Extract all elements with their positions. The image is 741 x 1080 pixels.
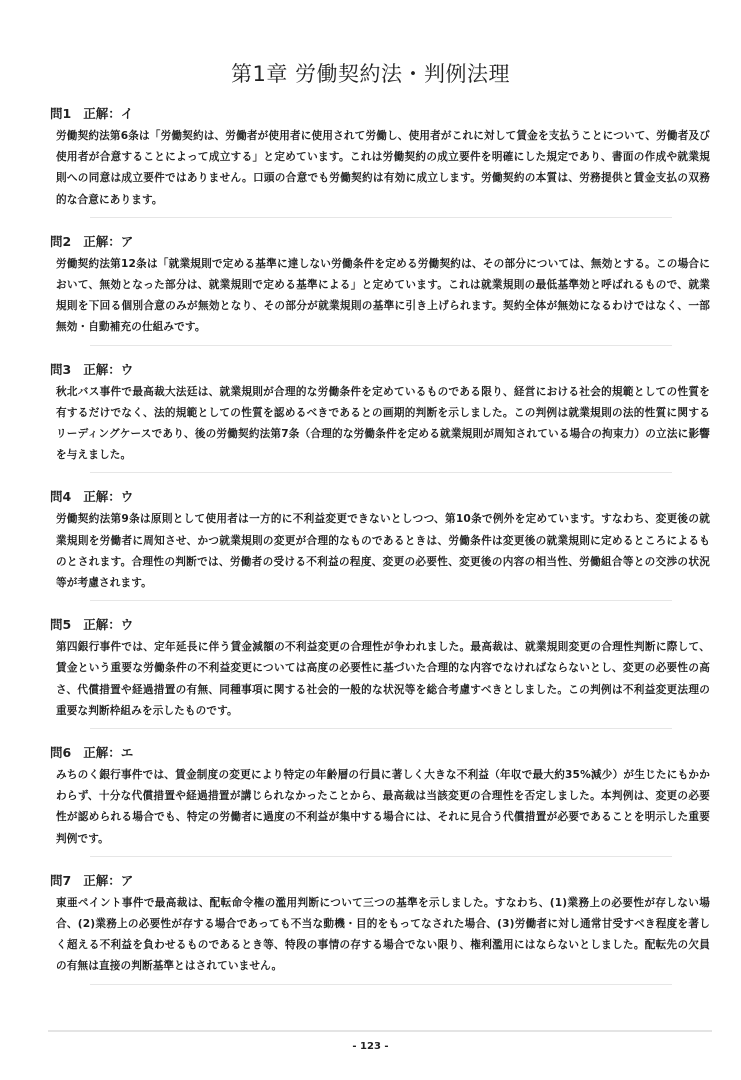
question-number: 問3 bbox=[50, 360, 71, 380]
answer-item-4: 問4正解：ウ 労働契約法第9条は原則として使用者は一方的に不利益変更できないとし… bbox=[50, 487, 710, 601]
answer-heading: 問5正解：ウ bbox=[50, 615, 710, 635]
section-divider bbox=[90, 728, 672, 729]
answer-heading: 問1正解：イ bbox=[50, 104, 710, 124]
answer-list: 問1正解：イ 労働契約法第6条は「労働契約は、労働者が使用者に使用されて労働し、… bbox=[50, 104, 710, 985]
answer-item-1: 問1正解：イ 労働契約法第6条は「労働契約は、労働者が使用者に使用されて労働し、… bbox=[50, 104, 710, 218]
answer-heading: 問6正解：エ bbox=[50, 743, 710, 763]
correct-answer: 正解：イ bbox=[83, 106, 133, 121]
section-divider bbox=[90, 984, 672, 985]
answer-explanation: 労働契約法第9条は原則として使用者は一方的に不利益変更できないとしつつ、第10条… bbox=[56, 509, 710, 594]
answer-item-5: 問5正解：ウ 第四銀行事件では、定年延長に伴う賃金減額の不利益変更の合理性が争わ… bbox=[50, 615, 710, 729]
answer-explanation: 労働契約法第6条は「労働契約は、労働者が使用者に使用されて労働し、使用者がこれに… bbox=[56, 126, 710, 211]
section-divider bbox=[90, 472, 672, 473]
answer-item-7: 問7正解：ア 東亜ペイント事件で最高裁は、配転命令権の濫用判断について三つの基準… bbox=[50, 871, 710, 985]
page-number: - 123 - bbox=[0, 1041, 741, 1052]
correct-answer: 正解：ア bbox=[83, 873, 133, 888]
question-number: 問6 bbox=[50, 743, 71, 763]
answer-item-3: 問3正解：ウ 秋北バス事件で最高裁大法廷は、就業規則が合理的な労働条件を定めてい… bbox=[50, 360, 710, 474]
page-title: 第1章 労働契約法・判例法理 bbox=[0, 58, 741, 88]
correct-answer: 正解：ウ bbox=[83, 362, 133, 377]
section-divider bbox=[90, 856, 672, 857]
answer-explanation: 秋北バス事件で最高裁大法廷は、就業規則が合理的な労働条件を定めているものである限… bbox=[56, 382, 710, 467]
section-divider bbox=[90, 345, 672, 346]
answer-heading: 問7正解：ア bbox=[50, 871, 710, 891]
answer-explanation: みちのく銀行事件では、賃金制度の変更により特定の年齢層の行員に著しく大きな不利益… bbox=[56, 765, 710, 850]
answer-item-2: 問2正解：ア 労働契約法第12条は「就業規則で定める基準に達しない労働条件を定め… bbox=[50, 232, 710, 346]
answer-item-6: 問6正解：エ みちのく銀行事件では、賃金制度の変更により特定の年齢層の行員に著し… bbox=[50, 743, 710, 857]
answer-explanation: 東亜ペイント事件で最高裁は、配転命令権の濫用判断について三つの基準を示しました。… bbox=[56, 893, 710, 978]
section-divider bbox=[90, 217, 672, 218]
answer-heading: 問2正解：ア bbox=[50, 232, 710, 252]
question-number: 問1 bbox=[50, 104, 71, 124]
question-number: 問5 bbox=[50, 615, 71, 635]
footer-rule bbox=[48, 1030, 712, 1032]
question-number: 問4 bbox=[50, 487, 71, 507]
question-number: 問7 bbox=[50, 871, 71, 891]
answer-explanation: 労働契約法第12条は「就業規則で定める基準に達しない労働条件を定める労働契約は、… bbox=[56, 254, 710, 339]
correct-answer: 正解：ウ bbox=[83, 617, 133, 632]
correct-answer: 正解：エ bbox=[83, 745, 133, 760]
section-divider bbox=[90, 600, 672, 601]
answer-heading: 問3正解：ウ bbox=[50, 360, 710, 380]
answer-heading: 問4正解：ウ bbox=[50, 487, 710, 507]
correct-answer: 正解：ア bbox=[83, 234, 133, 249]
question-number: 問2 bbox=[50, 232, 71, 252]
answer-explanation: 第四銀行事件では、定年延長に伴う賃金減額の不利益変更の合理性が争われました。最高… bbox=[56, 637, 710, 722]
correct-answer: 正解：ウ bbox=[83, 489, 133, 504]
